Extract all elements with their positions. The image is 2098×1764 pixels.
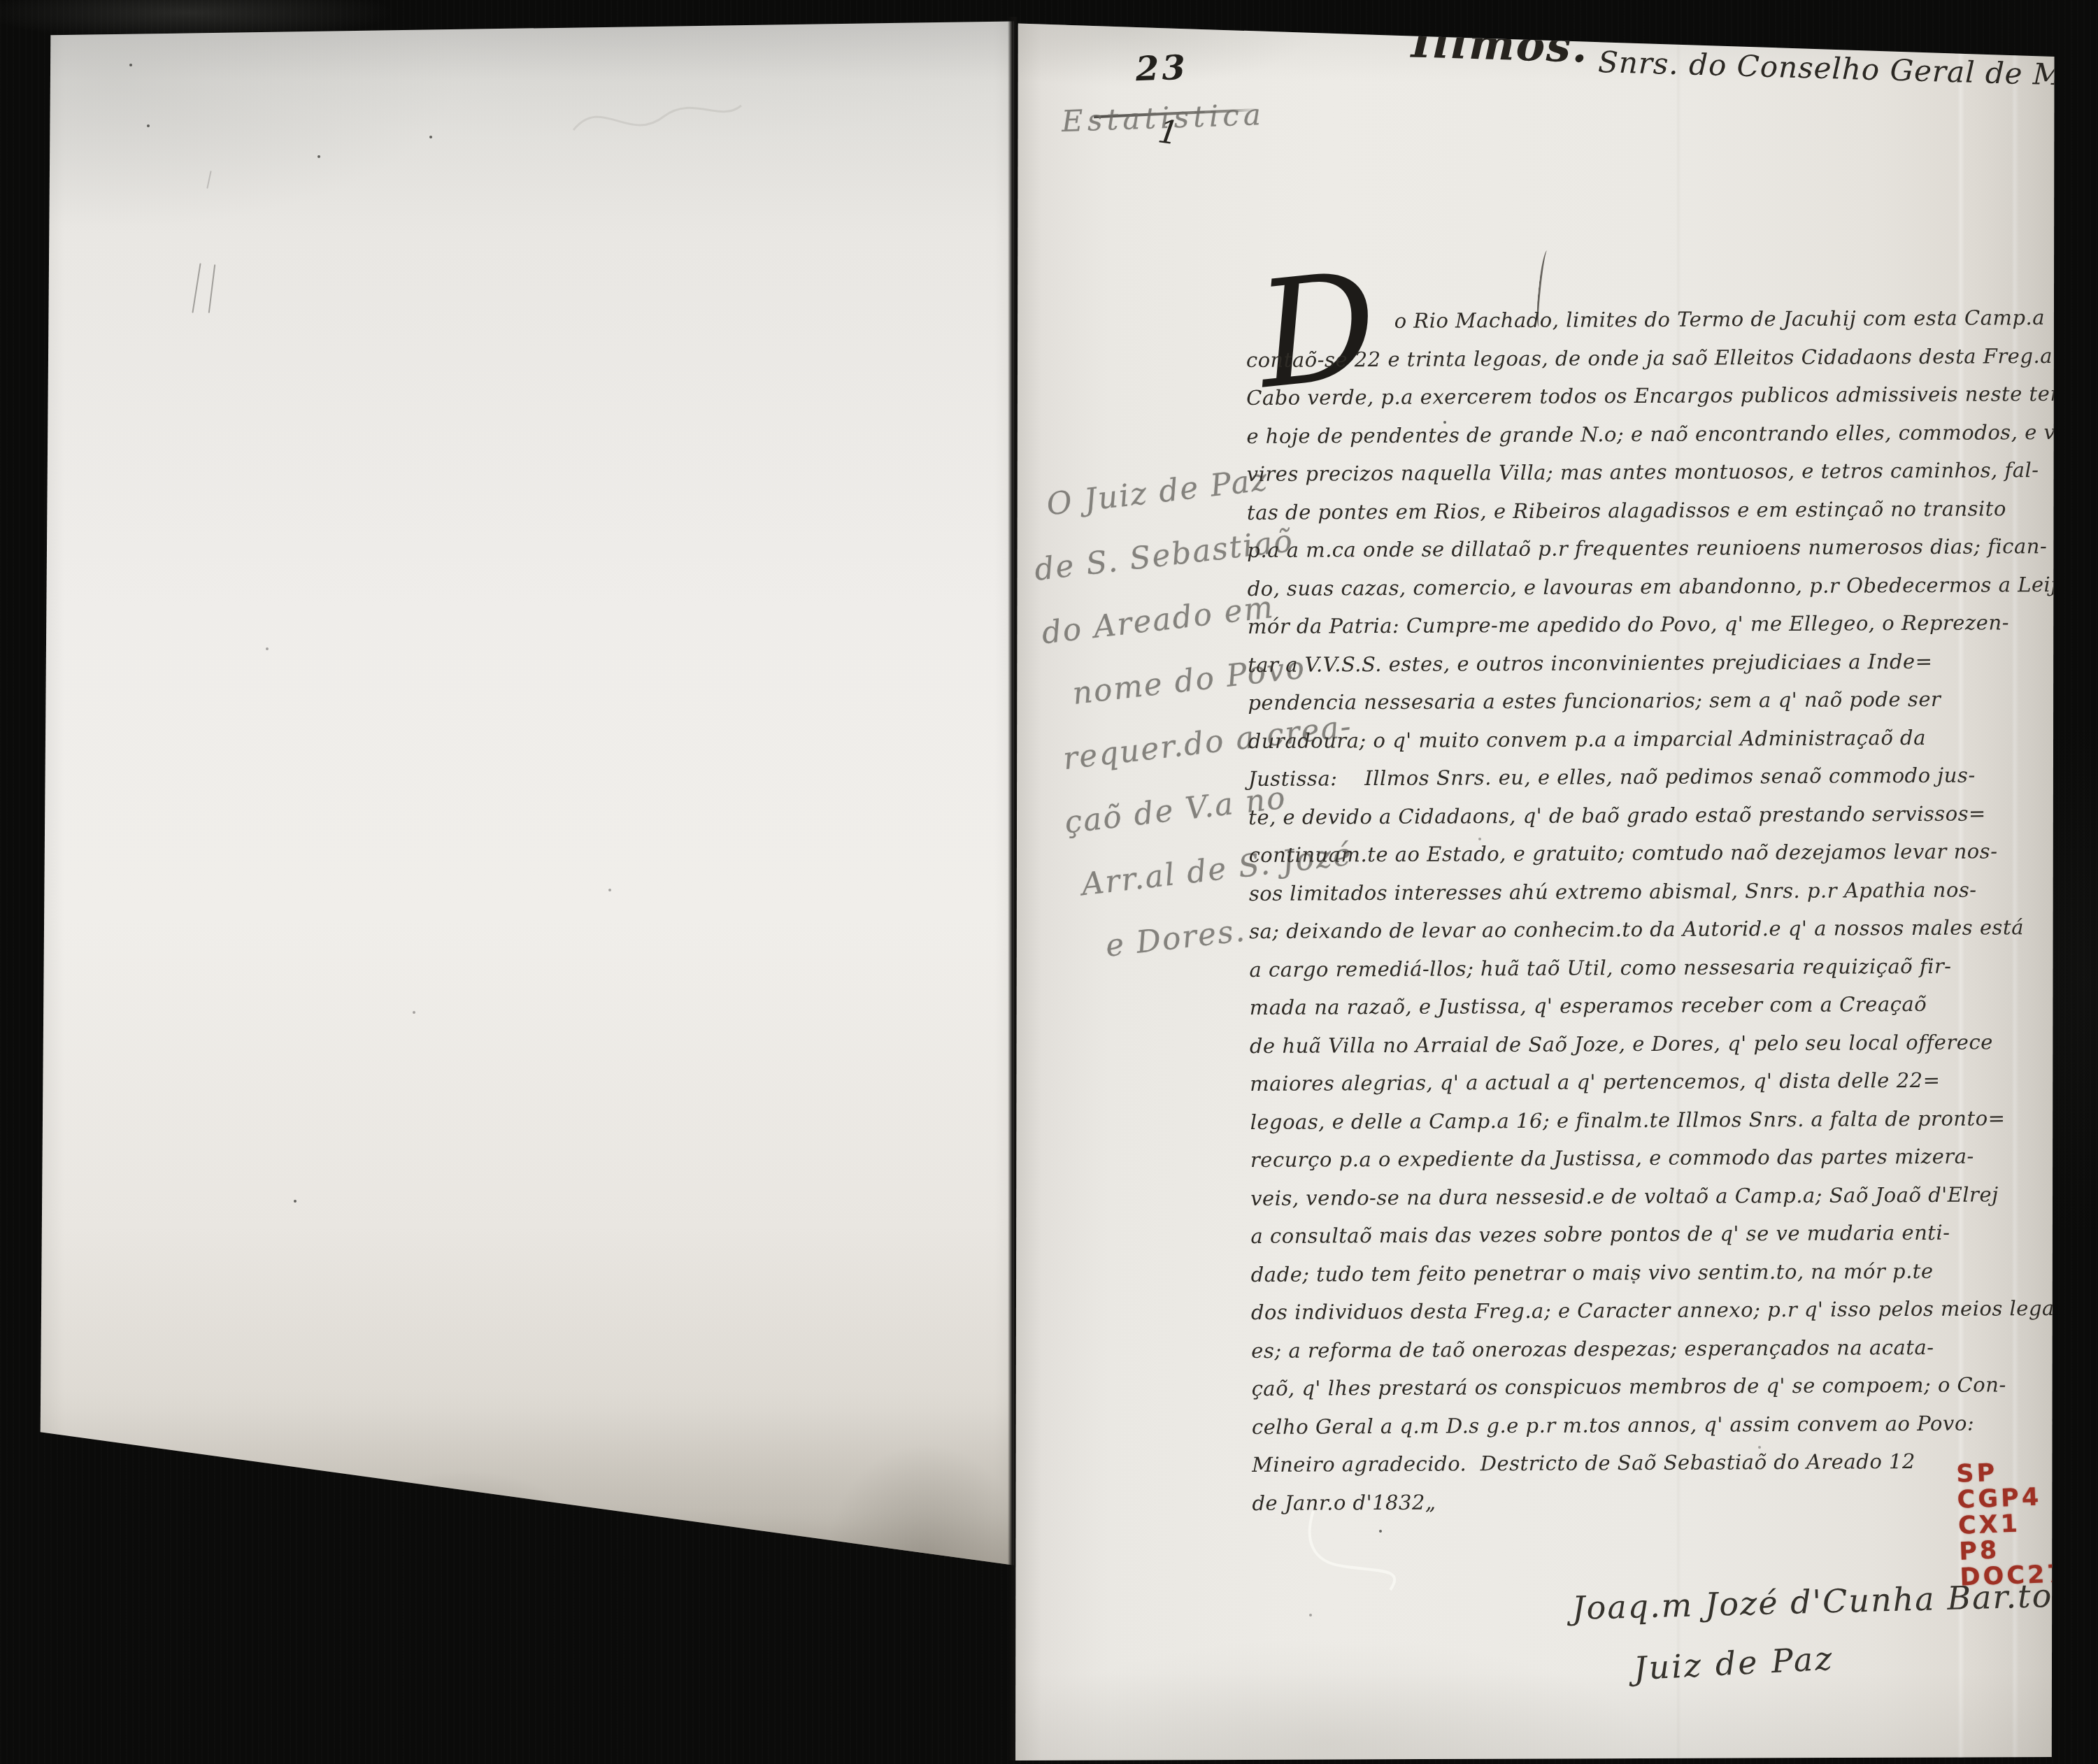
- ink-speck: [266, 647, 269, 650]
- manuscript-line: es; a reforma de taõ onerozas despezas; …: [1251, 1328, 2048, 1370]
- ink-speck: [1443, 421, 1446, 424]
- ink-speck: [1478, 838, 1481, 840]
- archive-stamp-line: SP: [1956, 1458, 2057, 1487]
- manuscript-line: maiores alegrias, q' a actual a q' perte…: [1250, 1061, 2047, 1103]
- manuscript-line: tas de pontes em Rios, e Ribeiros alagad…: [1247, 489, 2044, 531]
- ink-speck: [317, 155, 320, 158]
- pencil-annotation: Estatistica: [1061, 97, 1265, 138]
- heading-addressee: Snrs. do Conselho Geral de Minas.: [1597, 45, 2057, 94]
- manuscript-line: veis, vendo-se na dura nessesid.e de vol…: [1250, 1175, 2048, 1217]
- ink-speck: [1379, 1530, 1382, 1533]
- manuscript-line: sos limitados interesses ahú extremo abi…: [1249, 870, 2046, 912]
- manuscript-line: continuam.te ao Estado, e gratuito; comt…: [1248, 832, 2046, 874]
- archive-stamp-line: CGP4: [1957, 1484, 2057, 1513]
- ink-speck: [413, 1011, 415, 1014]
- ink-speck: [1632, 1281, 1635, 1284]
- manuscript-line: de huã Villa no Arraial de Saõ Joze, e D…: [1250, 1023, 2047, 1065]
- manuscript-line: a consultaõ mais das vezes sobre pontos …: [1250, 1213, 2048, 1255]
- manuscript-line: mór da Patria: Cumpre-me apedido do Povo…: [1248, 603, 2045, 645]
- right-manuscript-page: 23 1 Estatistica Illmos.Snrs. do Conselh…: [1015, 11, 2057, 1761]
- manuscript-line: te, e devido a Cidadaons, q' de baõ grad…: [1248, 794, 2046, 836]
- manuscript-line: Justissa: Illmos Snrs. eu, e elles, naõ …: [1248, 756, 2046, 798]
- ink-speck: [147, 124, 150, 127]
- archive-stamp: SPCGP4CX1P8DOC27: [1956, 1458, 2057, 1591]
- ink-speck: [429, 136, 432, 138]
- manuscript-line: dos individuos desta Freg.a; e Caracter …: [1251, 1289, 2048, 1331]
- manuscript-line: p.a a m.ca onde se dillataõ p.r frequent…: [1247, 527, 2044, 569]
- pen-scratch-mark: [208, 264, 216, 313]
- ink-speck: [1758, 1446, 1761, 1449]
- manuscript-line: mada na razaõ, e Justissa, q' esperamos …: [1250, 984, 2047, 1026]
- manuscript-line: vires precizos naquella Villa; mas antes…: [1247, 451, 2044, 493]
- scanned-document: 23 1 Estatistica Illmos.Snrs. do Conselh…: [0, 0, 2098, 1764]
- ink-speck: [129, 64, 132, 66]
- paper-crease: [1301, 1507, 1462, 1598]
- manuscript-line: recurço p.a o expediente da Justissa, e …: [1250, 1137, 2048, 1179]
- manuscript-line: legoas, e delle a Camp.a 16; e finalm.te…: [1250, 1099, 2047, 1141]
- pen-scratch-mark: [206, 171, 211, 189]
- ink-speck: [294, 1200, 297, 1203]
- manuscript-line: do, suas cazas, comercio, e lavouras em …: [1247, 566, 2044, 608]
- manuscript-line: Cabo verde, p.a exercerem todos os Encar…: [1246, 375, 2043, 417]
- manuscript-line: celho Geral a q.m D.s g.e p.r m.tos anno…: [1252, 1404, 2049, 1446]
- manuscript-line: contaõ-se 22 e trinta legoas, de onde ja…: [1246, 337, 2043, 379]
- ink-speck: [608, 889, 611, 891]
- manuscript-line: çaõ, q' lhes prestará os conspicuos memb…: [1251, 1365, 2048, 1407]
- ink-speck: [1309, 1614, 1312, 1616]
- document-heading: Illmos.Snrs. do Conselho Geral de Minas.: [1411, 17, 2057, 88]
- manuscript-line: tar a V.V.S.S. estes, e outros inconvini…: [1248, 642, 2045, 684]
- pen-scratch-mark: [192, 263, 201, 313]
- bleed-through-mark: [566, 67, 748, 172]
- manuscript-line: pendencia nessesaria a estes funcionario…: [1248, 680, 2045, 722]
- manuscript-line: dade; tudo tem feito penetrar o mais viv…: [1251, 1252, 2048, 1293]
- manuscript-line: Mineiro agradecido. Destricto de Saõ Seb…: [1252, 1442, 2049, 1484]
- heading-salutation: Illmos.: [1411, 17, 1590, 73]
- folio-number: 23: [1135, 48, 1189, 89]
- left-blank-page: [35, 18, 1014, 1567]
- manuscript-line: o Rio Machado, limites do Termo de Jacuh…: [1246, 299, 2043, 340]
- archive-stamp-line: DOC27: [1960, 1561, 2057, 1591]
- archive-stamp-line: CX1: [1957, 1510, 2057, 1539]
- petition-body-text: o Rio Machado, limites do Termo de Jacuh…: [1246, 299, 2049, 1522]
- manuscript-line: duradoura; o q' muito convem p.a a impar…: [1248, 718, 2046, 760]
- manuscript-line: sa; deixando de levar ao conhecim.to da …: [1249, 908, 2046, 950]
- manuscript-line: e hoje de pendentes de grande N.o; e naõ…: [1246, 413, 2043, 455]
- signature-title: Juiz de Paz: [1633, 1640, 1835, 1688]
- manuscript-line: a cargo remediá-llos; huã taõ Util, como…: [1249, 947, 2046, 989]
